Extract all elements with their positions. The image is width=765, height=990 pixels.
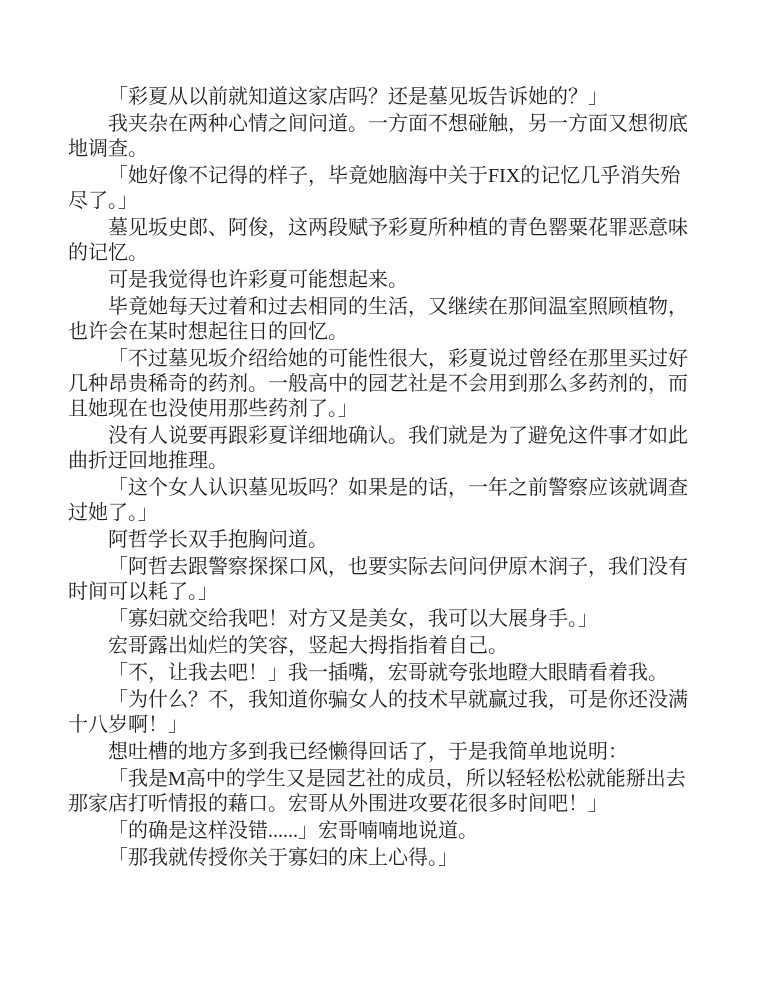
text-block: 「彩夏从以前就知道这家店吗？还是墓见坂告诉她的？」 我夹杂在两种心情之间问道。一… <box>68 85 700 873</box>
paragraph: 没有人说要再跟彩夏详细地确认。我们就是为了避免这件事才如此曲折迂回地推理。 <box>68 424 700 474</box>
paragraph: 毕竟她每天过着和过去相同的生活，又继续在那间温室照顾植物，也许会在某时想起往日的… <box>68 295 700 345</box>
paragraph: 「的确是这样没错......」宏哥喃喃地说道。 <box>68 819 700 844</box>
book-page: 「彩夏从以前就知道这家店吗？还是墓见坂告诉她的？」 我夹杂在两种心情之间问道。一… <box>0 0 765 990</box>
paragraph: 「阿哲去跟警察探探口风，也要实际去问问伊原木润子，我们没有时间可以耗了。」 <box>68 555 700 605</box>
paragraph: 「那我就传授你关于寡妇的床上心得。」 <box>68 846 700 871</box>
paragraph: 阿哲学长双手抱胸问道。 <box>68 528 700 553</box>
paragraph: 「这个女人认识墓见坂吗？如果是的话，一年之前警察应该就调查过她了。」 <box>68 476 700 526</box>
paragraph: 我夹杂在两种心情之间问道。一方面不想碰触，另一方面又想彻底地调查。 <box>68 112 700 162</box>
paragraph: 「不过墓见坂介绍给她的可能性很大，彩夏说过曾经在那里买过好几种昂贵稀奇的药剂。一… <box>68 347 700 422</box>
paragraph: 「彩夏从以前就知道这家店吗？还是墓见坂告诉她的？」 <box>68 85 700 110</box>
paragraph: 宏哥露出灿烂的笑容，竖起大拇指指着自己。 <box>68 634 700 659</box>
paragraph: 墓见坂史郎、阿俊，这两段赋予彩夏所种植的青色罂粟花罪恶意味的记忆。 <box>68 216 700 266</box>
paragraph: 「她好像不记得的样子，毕竟她脑海中关于FIX的记忆几乎消失殆尽了。」 <box>68 164 700 214</box>
paragraph: 想吐槽的地方多到我已经懒得回话了，于是我简单地说明： <box>68 740 700 765</box>
paragraph: 「我是M高中的学生又是园艺社的成员，所以轻轻松松就能掰出去那家店打听情报的藉口。… <box>68 767 700 817</box>
paragraph: 「不，让我去吧！」我一插嘴，宏哥就夸张地瞪大眼睛看着我。 <box>68 661 700 686</box>
paragraph: 可是我觉得也许彩夏可能想起来。 <box>68 268 700 293</box>
paragraph: 「寡妇就交给我吧！对方又是美女，我可以大展身手。」 <box>68 607 700 632</box>
paragraph: 「为什么？不，我知道你骗女人的技术早就赢过我，可是你还没满十八岁啊！」 <box>68 688 700 738</box>
